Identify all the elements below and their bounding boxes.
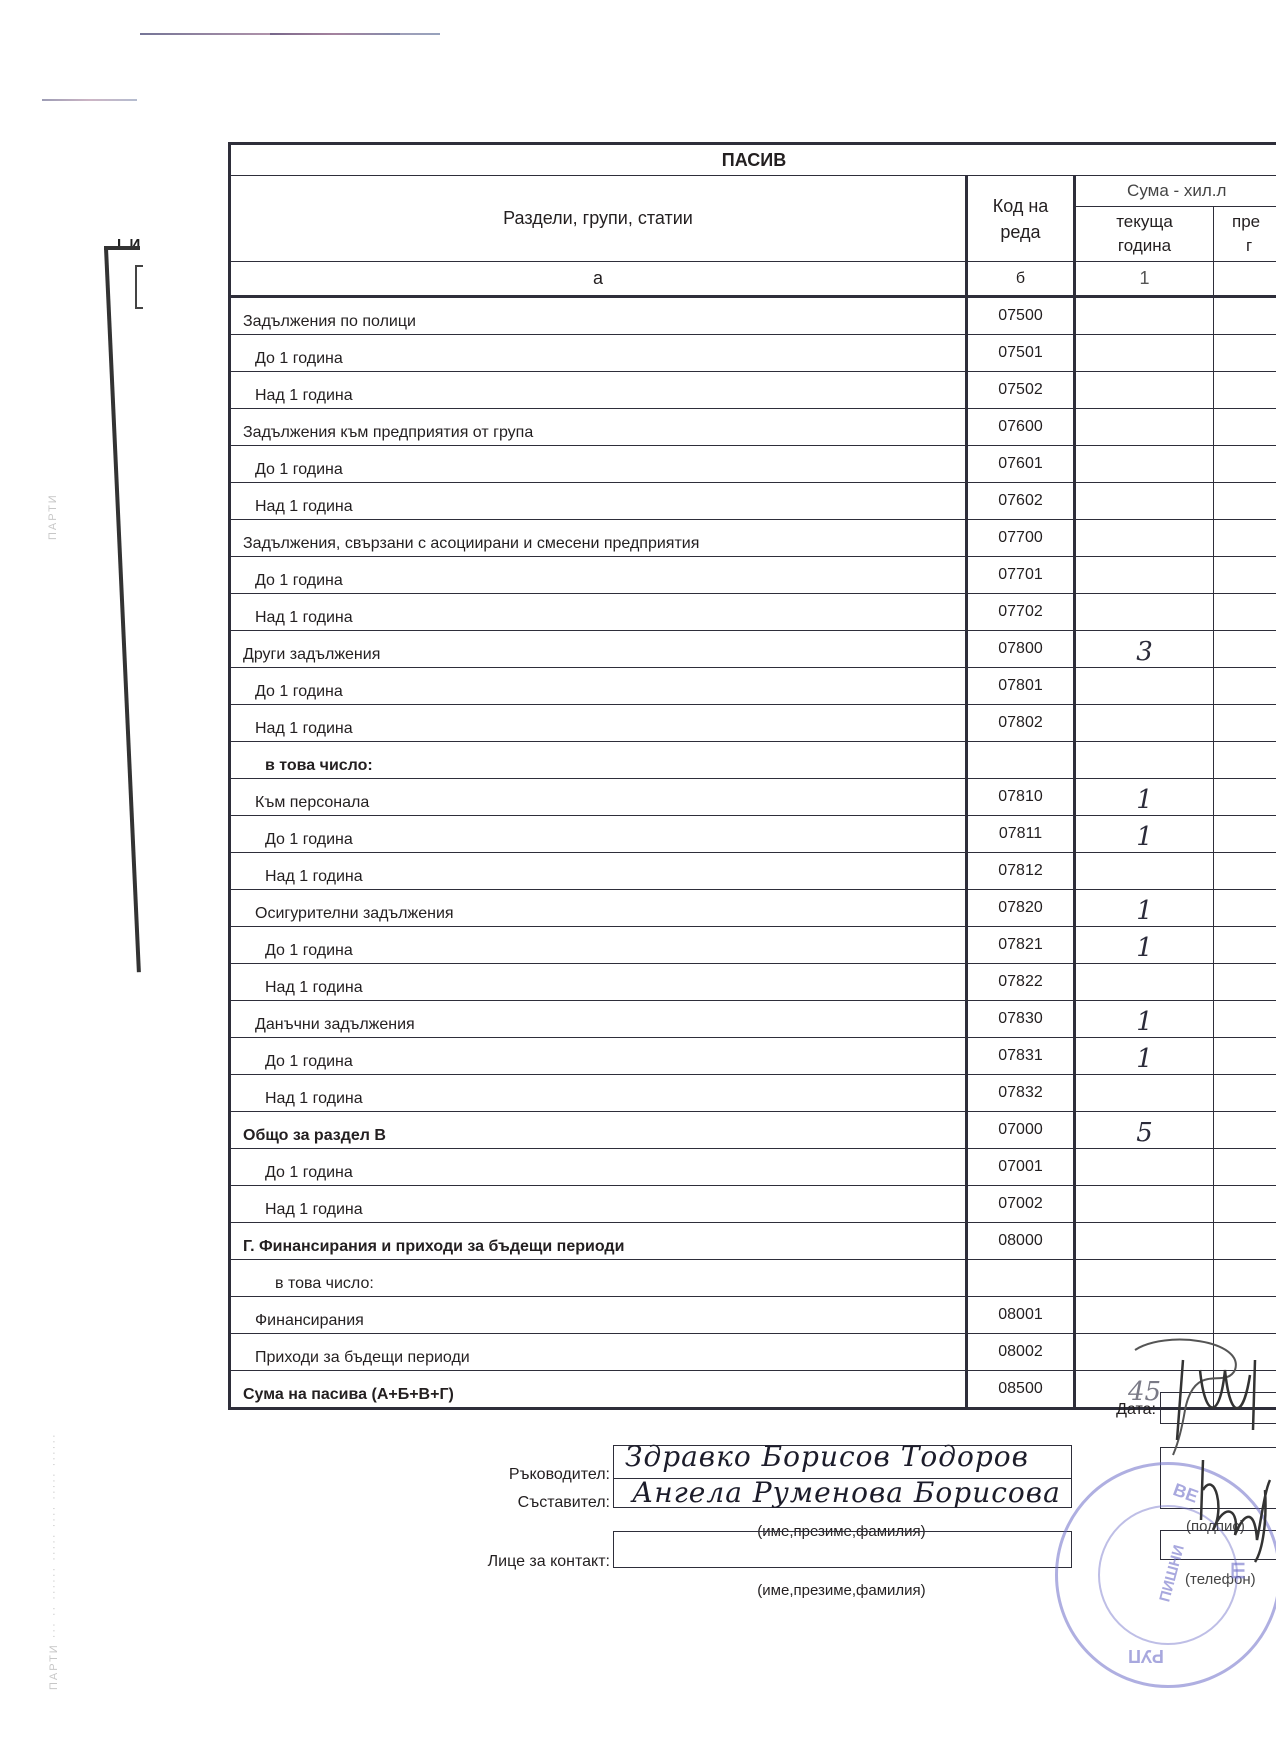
handwritten-value: 1 — [1136, 933, 1153, 963]
row-current-year-value[interactable]: 1 — [1075, 1001, 1214, 1038]
table-row: Над 1 година07002 — [230, 1186, 1276, 1223]
row-current-year-value[interactable]: 1 — [1075, 1038, 1214, 1075]
row-code: 07822 — [967, 964, 1075, 1001]
row-previous-year-value[interactable] — [1214, 1223, 1276, 1260]
table-row: До 1 година07801 — [230, 668, 1276, 705]
row-current-year-value[interactable] — [1075, 1223, 1214, 1260]
row-code: 07702 — [967, 594, 1075, 631]
row-current-year-value[interactable] — [1075, 335, 1214, 372]
row-current-year-value[interactable] — [1075, 742, 1214, 779]
row-label: Над 1 година — [230, 705, 967, 742]
row-label: Сума на пасива (А+Б+В+Г) — [230, 1371, 967, 1409]
row-current-year-value[interactable] — [1075, 853, 1214, 890]
table-row: Над 1 година07812 — [230, 853, 1276, 890]
table-row: Приходи за бъдещи периоди08002 — [230, 1334, 1276, 1371]
table-row: в това число: — [230, 1260, 1276, 1297]
row-label: в това число: — [230, 1260, 967, 1297]
scan-artifact-line — [42, 99, 137, 101]
bleed-through-text: ПАРТИ — [47, 480, 59, 540]
row-previous-year-value[interactable] — [1214, 1001, 1276, 1038]
signature-scribble-icon — [1195, 1450, 1276, 1570]
table-row: Над 1 година07602 — [230, 483, 1276, 520]
table-title: ПАСИВ — [230, 144, 1276, 176]
handwritten-value: 1 — [1136, 822, 1153, 852]
handwritten-value: 3 — [1136, 637, 1153, 667]
row-previous-year-value[interactable] — [1214, 631, 1276, 668]
row-previous-year-value[interactable] — [1214, 372, 1276, 409]
row-previous-year-value[interactable] — [1214, 409, 1276, 446]
table-row: Данъчни задължения078301 — [230, 1001, 1276, 1038]
row-label: До 1 година — [230, 927, 967, 964]
row-current-year-value[interactable] — [1075, 594, 1214, 631]
row-label: Над 1 година — [230, 483, 967, 520]
table-body: Задължения по полици07500До 1 година0750… — [230, 297, 1276, 1409]
table-row: в това число: — [230, 742, 1276, 779]
handwritten-value: 1 — [1136, 785, 1153, 815]
row-label: До 1 година — [230, 1149, 967, 1186]
table-row: Задължения към предприятия от група07600 — [230, 409, 1276, 446]
row-previous-year-value[interactable] — [1214, 1038, 1276, 1075]
row-previous-year-value[interactable] — [1214, 1186, 1276, 1223]
contact-label: Лице за контакт: — [420, 1553, 610, 1571]
table-row: Над 1 година07832 — [230, 1075, 1276, 1112]
row-label: Задължения към предприятия от група — [230, 409, 967, 446]
row-current-year-value[interactable] — [1075, 372, 1214, 409]
row-code: 07821 — [967, 927, 1075, 964]
row-code: 07800 — [967, 631, 1075, 668]
row-previous-year-value[interactable] — [1214, 557, 1276, 594]
column-marker-1: 1 — [1075, 262, 1214, 297]
column-marker-b: б — [967, 262, 1075, 297]
row-current-year-value[interactable]: 1 — [1075, 927, 1214, 964]
row-current-year-value[interactable] — [1075, 483, 1214, 520]
table-row: До 1 година07501 — [230, 335, 1276, 372]
row-current-year-value[interactable] — [1075, 1297, 1214, 1334]
row-code: 07500 — [967, 297, 1075, 335]
row-code: 08001 — [967, 1297, 1075, 1334]
row-label: Финансирания — [230, 1297, 967, 1334]
row-code: 07802 — [967, 705, 1075, 742]
row-code — [967, 742, 1075, 779]
column-header-code: Код на реда — [967, 176, 1075, 262]
row-current-year-value[interactable] — [1075, 1260, 1214, 1297]
row-label: До 1 година — [230, 1038, 967, 1075]
row-previous-year-value[interactable] — [1214, 779, 1276, 816]
row-previous-year-value[interactable] — [1214, 483, 1276, 520]
row-code: 07600 — [967, 409, 1075, 446]
row-label: в това число: — [230, 742, 967, 779]
table-row: Г. Финансирания и приходи за бъдещи пери… — [230, 1223, 1276, 1260]
column-header-current-year: текуща година — [1075, 207, 1214, 262]
left-panel-frame — [104, 246, 140, 250]
column-header-previous-year: пре г — [1214, 207, 1276, 262]
table-row: До 1 година078211 — [230, 927, 1276, 964]
row-code: 07830 — [967, 1001, 1075, 1038]
row-current-year-value[interactable] — [1075, 668, 1214, 705]
table-row: Към персонала078101 — [230, 779, 1276, 816]
row-code: 07001 — [967, 1149, 1075, 1186]
row-current-year-value[interactable] — [1075, 297, 1214, 335]
liabilities-table-container: ПАСИВ Раздели, групи, статии Код на реда… — [228, 142, 1276, 1410]
row-code: 07601 — [967, 446, 1075, 483]
table-row: Над 1 година07502 — [230, 372, 1276, 409]
row-current-year-value[interactable] — [1075, 1149, 1214, 1186]
bleed-through-text: ПАРТИ ··· ·· ······ ····· ···· ····· ···… — [48, 990, 60, 1690]
table-row: Задължения, свързани с асоциирани и смес… — [230, 520, 1276, 557]
row-current-year-value[interactable]: 1 — [1075, 779, 1214, 816]
row-code: 07501 — [967, 335, 1075, 372]
row-code — [967, 1260, 1075, 1297]
column-header-sections: Раздели, групи, статии — [230, 176, 967, 262]
signature-scribble-icon — [1125, 1330, 1276, 1460]
handwritten-value: 1 — [1136, 1007, 1153, 1037]
table-row: До 1 година07601 — [230, 446, 1276, 483]
row-current-year-value[interactable]: 5 — [1075, 1112, 1214, 1149]
row-previous-year-value[interactable] — [1214, 964, 1276, 1001]
row-code: 07602 — [967, 483, 1075, 520]
contact-person-field[interactable] — [613, 1531, 1072, 1568]
row-code: 07831 — [967, 1038, 1075, 1075]
row-code: 08500 — [967, 1371, 1075, 1409]
table-row: Други задължения078003 — [230, 631, 1276, 668]
current-year-line1: текуща — [1116, 212, 1173, 231]
row-code: 07820 — [967, 890, 1075, 927]
row-current-year-value[interactable] — [1075, 557, 1214, 594]
previous-year-line1: пре — [1232, 212, 1260, 231]
row-previous-year-value[interactable] — [1214, 520, 1276, 557]
row-label: До 1 година — [230, 816, 967, 853]
row-code: 07811 — [967, 816, 1075, 853]
table-row: Над 1 година07822 — [230, 964, 1276, 1001]
table-row: До 1 година078311 — [230, 1038, 1276, 1075]
row-label: Осигурителни задължения — [230, 890, 967, 927]
row-label: Над 1 година — [230, 1186, 967, 1223]
current-year-line2: година — [1118, 236, 1171, 255]
compiler-handwritten-name: Ангела Руменова Борисова — [632, 1476, 1061, 1509]
handwritten-value: 5 — [1136, 1118, 1153, 1148]
column-marker-a: а — [230, 262, 967, 297]
contact-caption: (име,презиме,фамилия) — [613, 1582, 1070, 1599]
row-label: Над 1 година — [230, 853, 967, 890]
row-current-year-value[interactable] — [1075, 409, 1214, 446]
row-current-year-value[interactable] — [1075, 520, 1214, 557]
row-previous-year-value[interactable] — [1214, 668, 1276, 705]
row-code: 07810 — [967, 779, 1075, 816]
row-previous-year-value[interactable] — [1214, 890, 1276, 927]
row-previous-year-value[interactable] — [1214, 335, 1276, 372]
row-code: 07000 — [967, 1112, 1075, 1149]
previous-year-line2: г — [1232, 236, 1252, 255]
manager-handwritten-name: Здравко Борисов Тодоров — [625, 1440, 1029, 1473]
row-label: Данъчни задължения — [230, 1001, 967, 1038]
section-heading-fragment: I. И — [117, 236, 140, 253]
column-header-amount-group: Сума - хил.л — [1075, 176, 1276, 207]
row-current-year-value[interactable] — [1075, 1075, 1214, 1112]
compiler-label: Съставител: — [440, 1494, 610, 1512]
row-previous-year-value[interactable] — [1214, 297, 1276, 335]
stamp-text-bottom: РУП — [1128, 1645, 1164, 1666]
row-current-year-value[interactable] — [1075, 1186, 1214, 1223]
row-code: 07832 — [967, 1075, 1075, 1112]
row-previous-year-value[interactable] — [1214, 1149, 1276, 1186]
row-previous-year-value[interactable] — [1214, 594, 1276, 631]
table-row: До 1 година07701 — [230, 557, 1276, 594]
row-label: Приходи за бъдещи периоди — [230, 1334, 967, 1371]
row-code: 07701 — [967, 557, 1075, 594]
row-code: 08000 — [967, 1223, 1075, 1260]
row-previous-year-value[interactable] — [1214, 446, 1276, 483]
row-previous-year-value[interactable] — [1214, 816, 1276, 853]
row-label: Задължения по полици — [230, 297, 967, 335]
table-row: Общо за раздел В070005 — [230, 1112, 1276, 1149]
row-label: Към персонала — [230, 779, 967, 816]
row-label: До 1 година — [230, 335, 967, 372]
row-code: 07700 — [967, 520, 1075, 557]
row-label: Г. Финансирания и приходи за бъдещи пери… — [230, 1223, 967, 1260]
row-previous-year-value[interactable] — [1214, 742, 1276, 779]
row-current-year-value[interactable]: 1 — [1075, 890, 1214, 927]
table-row: До 1 година078111 — [230, 816, 1276, 853]
table-row: Над 1 година07702 — [230, 594, 1276, 631]
row-label: Над 1 година — [230, 372, 967, 409]
row-previous-year-value[interactable] — [1214, 1075, 1276, 1112]
table-row: Над 1 година07802 — [230, 705, 1276, 742]
liabilities-table: ПАСИВ Раздели, групи, статии Код на реда… — [228, 142, 1276, 1410]
row-code: 07002 — [967, 1186, 1075, 1223]
row-current-year-value[interactable] — [1075, 705, 1214, 742]
handwritten-value: 1 — [1136, 1044, 1153, 1074]
row-label: Общо за раздел В — [230, 1112, 967, 1149]
row-current-year-value[interactable]: 3 — [1075, 631, 1214, 668]
scan-artifact-line — [270, 33, 400, 35]
row-label: Над 1 година — [230, 594, 967, 631]
row-previous-year-value[interactable] — [1214, 853, 1276, 890]
row-code: 07801 — [967, 668, 1075, 705]
row-label: Други задължения — [230, 631, 967, 668]
row-label: Над 1 година — [230, 964, 967, 1001]
table-row: Осигурителни задължения078201 — [230, 890, 1276, 927]
row-code: 07502 — [967, 372, 1075, 409]
table-row: До 1 година07001 — [230, 1149, 1276, 1186]
row-label: До 1 година — [230, 668, 967, 705]
left-panel-border — [104, 248, 141, 972]
table-row: Задължения по полици07500 — [230, 297, 1276, 335]
column-header-code-line1: Код на — [993, 196, 1049, 216]
table-row: Финансирания08001 — [230, 1297, 1276, 1334]
manager-label: Ръководител: — [440, 1466, 610, 1484]
row-label: До 1 година — [230, 446, 967, 483]
row-current-year-value[interactable] — [1075, 964, 1214, 1001]
row-previous-year-value[interactable] — [1214, 927, 1276, 964]
row-previous-year-value[interactable] — [1214, 705, 1276, 742]
row-label: Над 1 година — [230, 1075, 967, 1112]
row-current-year-value[interactable]: 1 — [1075, 816, 1214, 853]
row-previous-year-value[interactable] — [1214, 1297, 1276, 1334]
row-code: 08002 — [967, 1334, 1075, 1371]
row-previous-year-value[interactable] — [1214, 1260, 1276, 1297]
column-marker-2 — [1214, 262, 1276, 297]
row-current-year-value[interactable] — [1075, 446, 1214, 483]
row-label: До 1 година — [230, 557, 967, 594]
row-code: 07812 — [967, 853, 1075, 890]
row-previous-year-value[interactable] — [1214, 1112, 1276, 1149]
column-header-code-line2: реда — [1000, 222, 1040, 242]
left-panel-bracket — [135, 265, 143, 309]
handwritten-value: 1 — [1136, 896, 1153, 926]
row-label: Задължения, свързани с асоциирани и смес… — [230, 520, 967, 557]
